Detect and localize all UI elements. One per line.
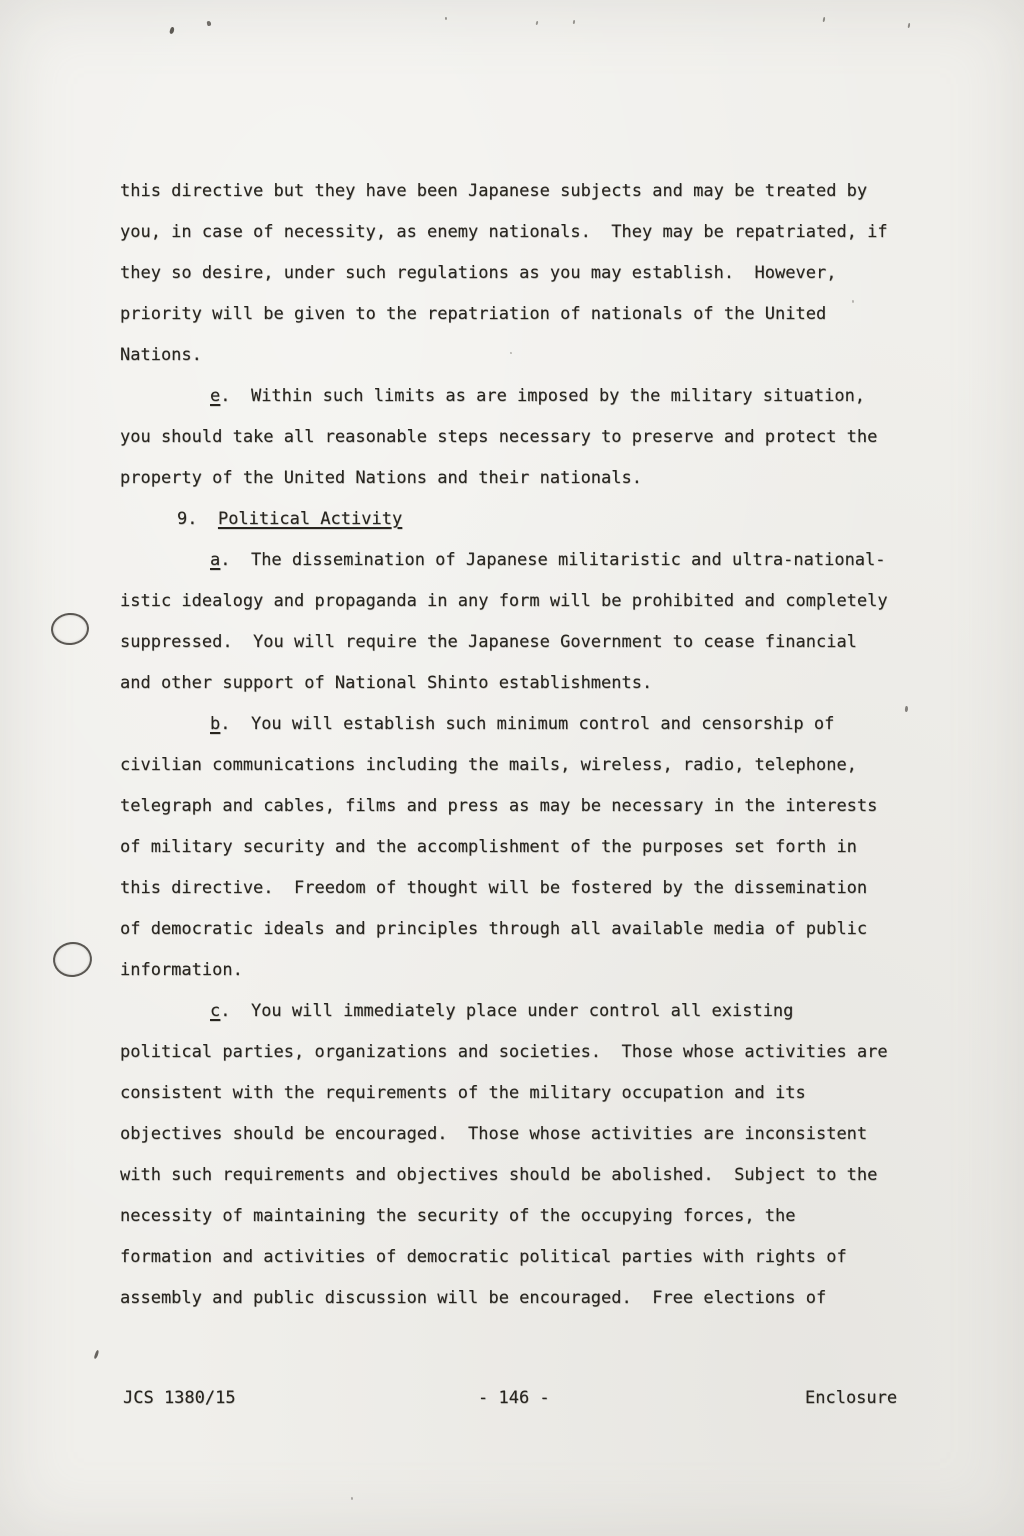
text-line-20: information. xyxy=(120,950,920,991)
text-line-14: b. You will establish such minimum contr… xyxy=(120,704,920,745)
text-line-7: you should take all reasonable steps nec… xyxy=(120,417,920,458)
text-segment: telegraph and cables, films and press as… xyxy=(120,796,877,816)
text-line-5: Nations. xyxy=(120,335,920,376)
footer-page-number: - 146 - xyxy=(478,1378,550,1419)
ink-speck xyxy=(93,1350,99,1359)
text-segment: objectives should be encouraged. Those w… xyxy=(120,1124,867,1144)
text-line-4: priority will be given to the repatriati… xyxy=(120,294,920,335)
ink-speck xyxy=(908,23,911,28)
text-segment: Nations. xyxy=(120,345,202,365)
text-segment: political parties, organizations and soc… xyxy=(120,1042,888,1062)
text-segment: priority will be given to the repatriati… xyxy=(120,304,826,324)
text-segment: of democratic ideals and principles thro… xyxy=(120,919,867,939)
text-segment: consistent with the requirements of the … xyxy=(120,1083,806,1103)
text-line-23: consistent with the requirements of the … xyxy=(120,1073,920,1114)
text-segment: suppressed. You will require the Japanes… xyxy=(120,632,857,652)
text-line-10: a. The dissemination of Japanese militar… xyxy=(120,540,920,581)
text-segment: . You will immediately place under contr… xyxy=(220,1001,793,1021)
text-segment: formation and activities of democratic p… xyxy=(120,1247,847,1267)
text-segment: Political Activity xyxy=(218,509,402,529)
ink-speck xyxy=(823,17,826,22)
ink-speck xyxy=(445,17,447,20)
hole-punch-mark xyxy=(51,940,94,979)
text-segment: this directive but they have been Japane… xyxy=(120,181,867,201)
ink-speck xyxy=(351,1497,353,1500)
text-line-15: civilian communications including the ma… xyxy=(120,745,920,786)
text-segment: necessity of maintaining the security of… xyxy=(120,1206,796,1226)
text-segment: . You will establish such minimum contro… xyxy=(220,714,834,734)
text-line-26: necessity of maintaining the security of… xyxy=(120,1196,920,1237)
text-segment: you, in case of necessity, as enemy nati… xyxy=(120,222,888,242)
text-segment: civilian communications including the ma… xyxy=(120,755,857,775)
text-segment: information. xyxy=(120,960,243,980)
footer-enclosure-label: Enclosure xyxy=(805,1378,897,1419)
ink-speck xyxy=(169,27,175,35)
text-line-27: formation and activities of democratic p… xyxy=(120,1237,920,1278)
footer-document-id: JCS 1380/15 xyxy=(123,1378,236,1419)
text-line-9: 9. Political Activity xyxy=(120,499,920,540)
ink-speck xyxy=(207,21,212,27)
text-segment: 9. xyxy=(177,509,218,529)
text-line-25: with such requirements and objectives sh… xyxy=(120,1155,920,1196)
text-segment: you should take all reasonable steps nec… xyxy=(120,427,877,447)
text-line-12: suppressed. You will require the Japanes… xyxy=(120,622,920,663)
text-segment: a xyxy=(210,550,220,570)
text-segment: b xyxy=(210,714,220,734)
text-line-21: c. You will immediately place under cont… xyxy=(120,991,920,1032)
text-segment: . Within such limits as are imposed by t… xyxy=(220,386,865,406)
text-segment: . The dissemination of Japanese militari… xyxy=(220,550,885,570)
text-line-1: this directive but they have been Japane… xyxy=(120,171,920,212)
text-line-3: they so desire, under such regulations a… xyxy=(120,253,920,294)
document-footer: JCS 1380/15 - 146 - Enclosure xyxy=(0,1378,1024,1419)
text-line-24: objectives should be encouraged. Those w… xyxy=(120,1114,920,1155)
text-segment: property of the United Nations and their… xyxy=(120,468,642,488)
text-segment: istic idealogy and propaganda in any for… xyxy=(120,591,888,611)
ink-speck xyxy=(536,21,539,25)
text-segment: assembly and public discussion will be e… xyxy=(120,1288,826,1308)
text-segment: of military security and the accomplishm… xyxy=(120,837,857,857)
text-segment: c xyxy=(210,1001,220,1021)
text-segment: and other support of National Shinto est… xyxy=(120,673,652,693)
text-line-18: this directive. Freedom of thought will … xyxy=(120,868,920,909)
text-line-22: political parties, organizations and soc… xyxy=(120,1032,920,1073)
text-segment: this directive. Freedom of thought will … xyxy=(120,878,867,898)
document-page: this directive but they have been Japane… xyxy=(0,0,1024,1536)
text-line-11: istic idealogy and propaganda in any for… xyxy=(120,581,920,622)
hole-punch-mark xyxy=(50,611,91,646)
text-line-13: and other support of National Shinto est… xyxy=(120,663,920,704)
text-line-28: assembly and public discussion will be e… xyxy=(120,1278,920,1319)
text-line-16: telegraph and cables, films and press as… xyxy=(120,786,920,827)
text-line-2: you, in case of necessity, as enemy nati… xyxy=(120,212,920,253)
text-segment: with such requirements and objectives sh… xyxy=(120,1165,877,1185)
text-line-19: of democratic ideals and principles thro… xyxy=(120,909,920,950)
text-segment: e xyxy=(210,386,220,406)
text-line-6: e. Within such limits as are imposed by … xyxy=(120,376,920,417)
text-line-8: property of the United Nations and their… xyxy=(120,458,920,499)
document-body: this directive but they have been Japane… xyxy=(120,171,920,1319)
text-segment: they so desire, under such regulations a… xyxy=(120,263,836,283)
ink-speck xyxy=(573,20,576,24)
text-line-17: of military security and the accomplishm… xyxy=(120,827,920,868)
